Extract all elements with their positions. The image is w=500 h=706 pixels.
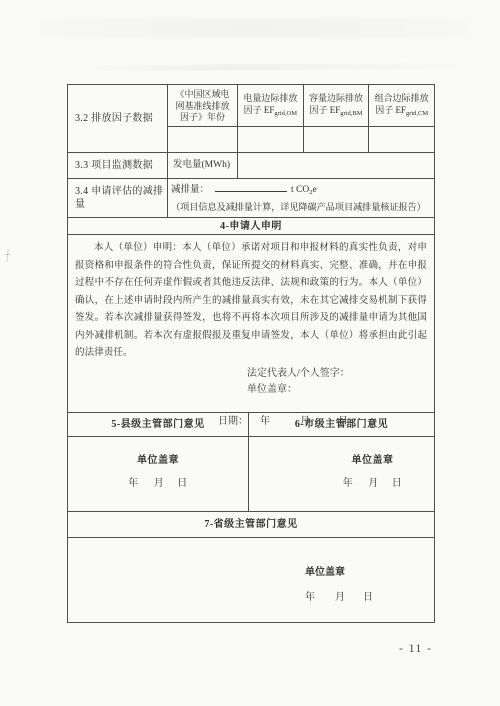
city-year-label: 年: [343, 478, 354, 489]
province-section-title: 7-省级主管部门意见: [204, 518, 297, 531]
page-number: - 11 -: [399, 643, 432, 655]
ef-om-line1: 电量边际排放: [243, 92, 297, 104]
ef-bm-subscript: grid,BM: [340, 110, 362, 117]
unit-tco2e: t CO2e: [291, 185, 317, 195]
ef-bm-header: 容量边际排放 因子 EFgrid,BM: [304, 85, 370, 126]
city-opinion-cell: 单位盖章 年月日: [280, 437, 465, 511]
ef-om-header: 电量边际排放 因子 EFgrid,OM: [238, 85, 304, 126]
emission-factor-columns: 《中国区域电 网基准线排放 因子》年份 电量边际排放 因子 EFgrid,OM …: [168, 85, 434, 152]
ef-bm-line2: 因子 EFgrid,BM: [310, 104, 363, 120]
year-header-line1: 《中国区域电: [168, 89, 237, 101]
year-header-line2: 网基准线排放: [168, 101, 237, 113]
county-day-label: 日: [177, 478, 188, 489]
county-section-title: 5-县级主管部门意见: [68, 413, 249, 436]
ef-cm-symbol: 因子 EF: [375, 105, 406, 115]
requested-reduction-label: 3.4 申请评估的减排量: [68, 179, 168, 217]
reduction-amount-line: 减排量：t CO2e: [171, 183, 430, 199]
ef-bm-value-cell: [304, 127, 370, 152]
declaration-section-title-row: 4-申请人申明: [68, 217, 434, 234]
emission-factor-label: 3.2 排放因子数据: [68, 85, 168, 152]
ef-cm-header: 组合边际排放 因子 EFgrid,CM: [369, 85, 434, 126]
county-opinion-cell: 单位盖章 年月日: [68, 437, 249, 511]
ef-cm-line2: 因子 EFgrid,CM: [375, 104, 428, 120]
scan-noise-band: [40, 18, 470, 38]
row-monitoring-data: 3.3 项目监测数据 发电量(MWh): [68, 152, 434, 178]
ef-bm-symbol: 因子 EF: [310, 105, 341, 115]
province-opinion-cell: 单位盖章 年月日: [68, 537, 434, 622]
ef-om-symbol: 因子 EF: [244, 105, 275, 115]
year-header-line3: 因子》年份: [168, 112, 237, 124]
ef-om-value-cell: [238, 127, 304, 152]
signature-block: 法定代表人/个人签字： 单位盖章：: [247, 366, 427, 398]
declaration-title: 4-申请人申明: [220, 220, 282, 233]
county-month-label: 月: [154, 478, 165, 489]
city-month-label: 月: [368, 478, 379, 489]
grid-baseline-year-header: 《中国区域电 网基准线排放 因子》年份: [168, 85, 238, 126]
county-city-title-row: 5-县级主管部门意见 6-市级主管部门意见: [68, 412, 434, 436]
scan-streak: [80, 63, 490, 72]
legal-representative-sign-label: 法定代表人/个人签字：: [247, 366, 427, 382]
ef-cm-value-cell: [369, 127, 434, 152]
county-year-label: 年: [128, 478, 139, 489]
scanned-form-page: 3.2 排放因子数据 《中国区域电 网基准线排放 因子》年份 电量边际排放 因子…: [0, 0, 500, 706]
emission-factor-value-row: [168, 127, 434, 152]
province-month-label: 月: [335, 592, 345, 603]
ef-bm-line1: 容量边际排放: [309, 92, 363, 104]
county-seal-label: 单位盖章: [137, 454, 179, 467]
province-seal-label: 单位盖章: [305, 566, 434, 579]
county-date-line: 年月日: [128, 477, 188, 490]
unit-seal-label: 单位盖章：: [247, 382, 427, 398]
requested-reduction-content: 减排量：t CO2e （项目信息及减排量计算，详见降碳产品项目减排量核证报告）: [168, 179, 434, 217]
ef-cm-line1: 组合边际排放: [375, 92, 429, 104]
city-date-line: 年月日: [343, 477, 403, 490]
province-year-label: 年: [305, 592, 315, 603]
monitoring-data-label: 3.3 项目监测数据: [68, 153, 168, 178]
emission-factor-header-row: 《中国区域电 网基准线排放 因子》年份 电量边际排放 因子 EFgrid,OM …: [168, 85, 434, 127]
unit-suffix: e: [312, 185, 316, 195]
row-requested-reduction: 3.4 申请评估的减排量 减排量：t CO2e （项目信息及减排量计算，详见降碳…: [68, 178, 434, 217]
declaration-text: 本人（单位）申明：本人（单位）承诺对项目和申报材料的真实性负责，对申报资格和申报…: [75, 240, 427, 363]
ef-om-line2: 因子 EFgrid,OM: [244, 104, 297, 120]
province-section-title-row: 7-省级主管部门意见: [68, 511, 434, 537]
reduction-amount-blank: [215, 183, 287, 192]
power-generation-field-label: 发电量(MWh): [168, 153, 238, 178]
county-city-body-row: 单位盖章 年月日 单位盖章 年月日: [68, 436, 434, 511]
declaration-section-body: 本人（单位）申明：本人（单位）承诺对项目和申报材料的真实性负责，对申报资格和申报…: [68, 234, 434, 412]
application-form-table: 3.2 排放因子数据 《中国区域电 网基准线排放 因子》年份 电量边际排放 因子…: [67, 84, 435, 623]
row-emission-factor-data: 3.2 排放因子数据 《中国区域电 网基准线排放 因子》年份 电量边际排放 因子…: [68, 85, 434, 152]
city-day-label: 日: [392, 478, 403, 489]
city-section-title: 6-市级主管部门意见: [249, 413, 434, 436]
reduction-amount-label: 减排量：: [171, 185, 209, 195]
ef-cm-subscript: grid,CM: [406, 110, 428, 117]
ef-om-subscript: grid,OM: [274, 110, 297, 117]
reduction-note: （项目信息及减排量计算，详见降碳产品项目减排量核证报告）: [171, 202, 430, 215]
province-seal-block: 单位盖章 年月日: [305, 538, 434, 604]
unit-prefix: t CO: [291, 185, 309, 195]
grid-baseline-year-value-cell: [168, 127, 238, 152]
pencil-mark: [4, 249, 12, 263]
city-seal-label: 单位盖章: [352, 454, 394, 467]
province-day-label: 日: [363, 592, 373, 603]
province-date-line: 年月日: [305, 591, 434, 604]
power-generation-value-cell: [238, 153, 434, 178]
